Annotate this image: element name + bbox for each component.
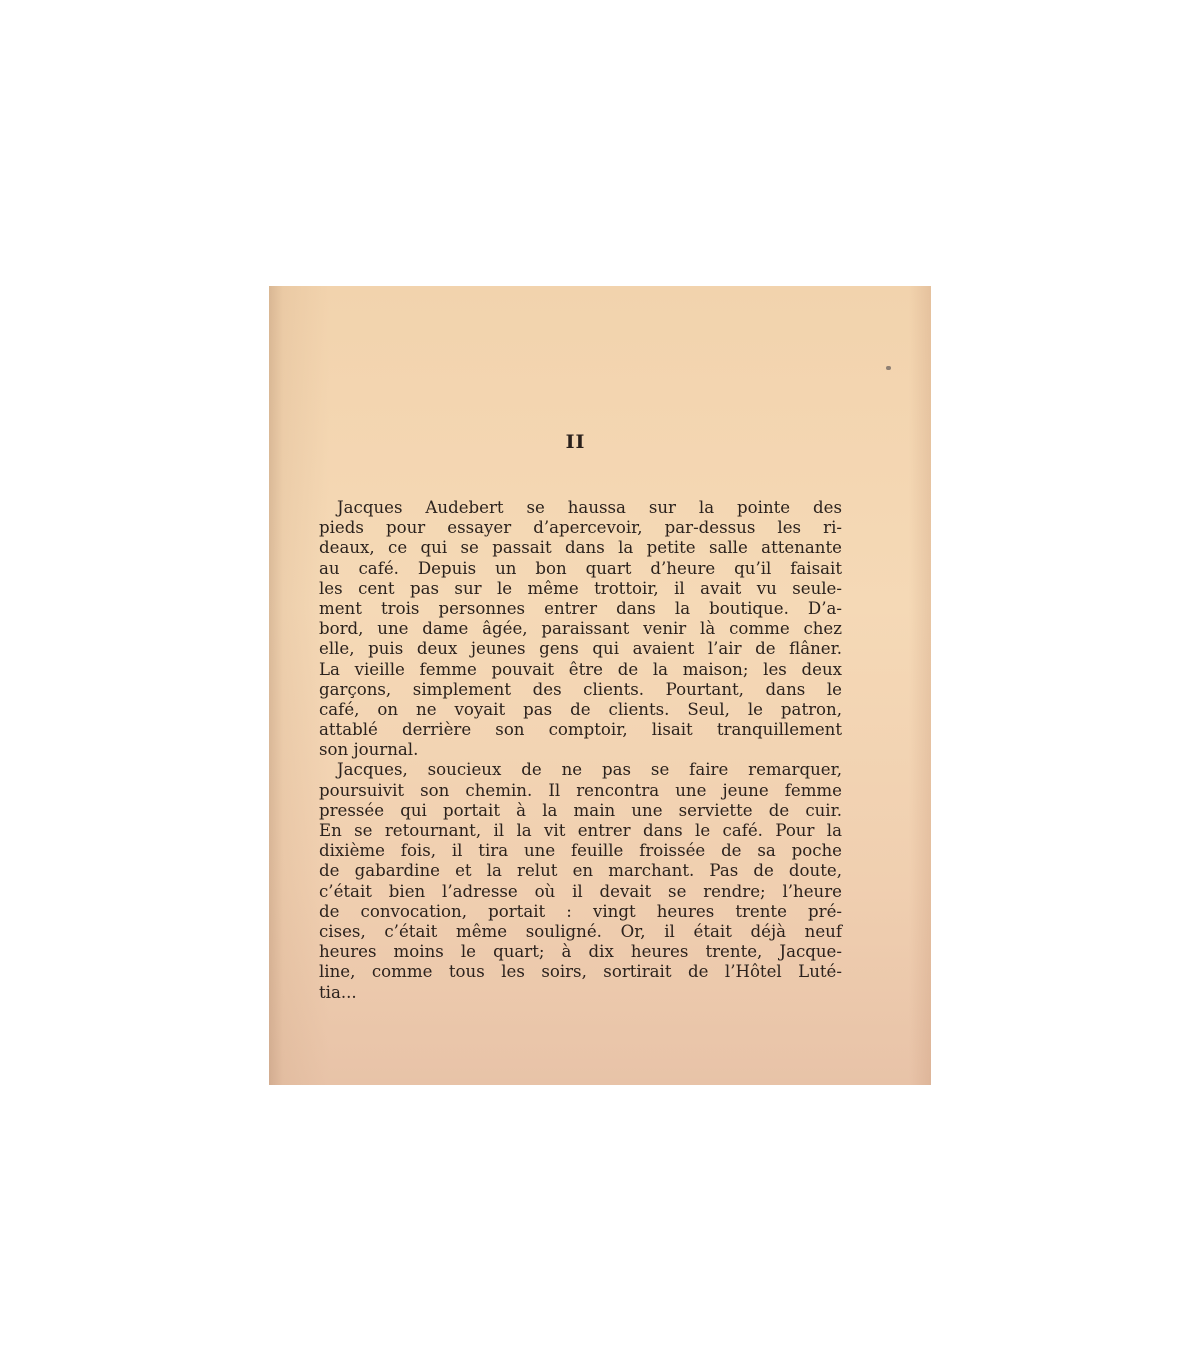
text-line: pieds pour essayer d’apercevoir, par-des…	[319, 518, 842, 538]
text-line: Jacques Audebert se haussa sur la pointe…	[319, 498, 842, 518]
text-line: attablé derrière son comptoir, lisait tr…	[319, 720, 842, 740]
text-line: heures moins le quart; à dix heures tren…	[319, 942, 842, 962]
text-line: c’était bien l’adresse où il devait se r…	[319, 882, 842, 902]
text-line: les cent pas sur le même trottoir, il av…	[319, 579, 842, 599]
text-line: poursuivit son chemin. Il rencontra une …	[319, 781, 842, 801]
book-page: II Jacques Audebert se haussa sur la poi…	[269, 286, 931, 1085]
text-line: La vieille femme pouvait être de la mais…	[319, 660, 842, 680]
text-line: au café. Depuis un bon quart d’heure qu’…	[319, 559, 842, 579]
body-text: Jacques Audebert se haussa sur la pointe…	[319, 498, 842, 1003]
paragraph-2: Jacques, soucieux de ne pas se faire rem…	[319, 760, 842, 1002]
text-line: deaux, ce qui se passait dans la petite …	[319, 538, 842, 558]
text-line: de gabardine et la relut en marchant. Pa…	[319, 861, 842, 881]
text-line: café, on ne voyait pas de clients. Seul,…	[319, 700, 842, 720]
text-line: pressée qui portait à la main une servie…	[319, 801, 842, 821]
text-line: garçons, simplement des clients. Pourtan…	[319, 680, 842, 700]
text-line: bord, une dame âgée, paraissant venir là…	[319, 619, 842, 639]
text-line: elle, puis deux jeunes gens qui avaient …	[319, 639, 842, 659]
ink-spot	[886, 366, 891, 370]
text-line: line, comme tous les soirs, sortirait de…	[319, 962, 842, 982]
text-line: de convocation, portait : vingt heures t…	[319, 902, 842, 922]
text-line: cises, c’était même souligné. Or, il éta…	[319, 922, 842, 942]
text-line: dixième fois, il tira une feuille froiss…	[319, 841, 842, 861]
paragraph-1: Jacques Audebert se haussa sur la pointe…	[319, 498, 842, 760]
text-line: tia...	[319, 983, 842, 1003]
text-line: Jacques, soucieux de ne pas se faire rem…	[319, 760, 842, 780]
text-line: En se retournant, il la vit entrer dans …	[319, 821, 842, 841]
text-line: ment trois personnes entrer dans la bout…	[319, 599, 842, 619]
text-line: son journal.	[319, 740, 842, 760]
chapter-heading: II	[269, 431, 882, 453]
